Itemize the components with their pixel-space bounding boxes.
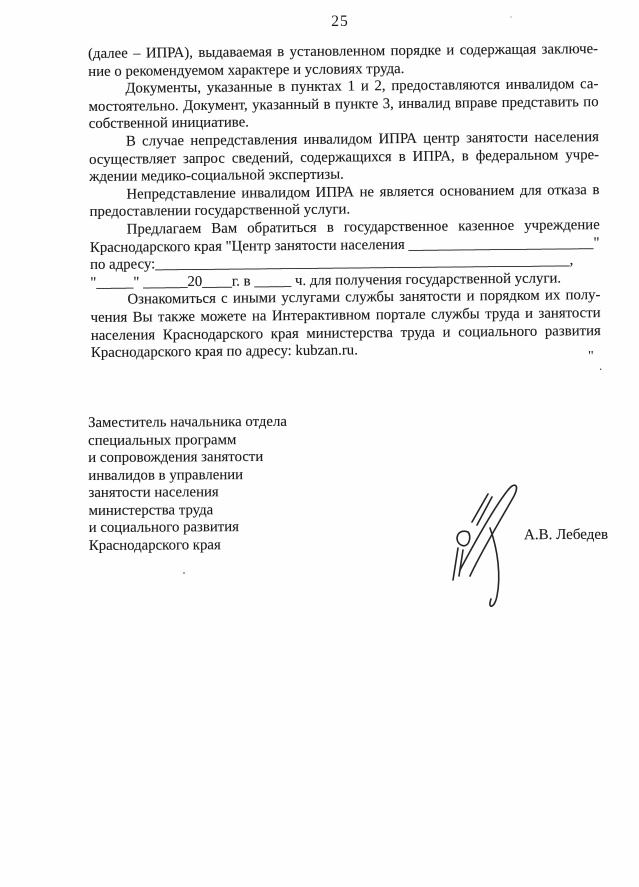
handwritten-signature-icon <box>446 470 531 615</box>
signatory-title-line: Заместитель начальника отдела <box>88 413 348 432</box>
signatory-title-block: Заместитель начальника отдела специальны… <box>88 413 349 555</box>
document-body: (далее – ИПРА), выдаваемая в установленн… <box>88 41 601 363</box>
scan-artifact-dot <box>183 572 185 574</box>
body-line: Краснодарского края по адресу: kubzan.ru… <box>91 340 601 362</box>
scan-artifact-dot <box>510 16 512 18</box>
signatory-name: А.В. Лебедев <box>524 527 608 544</box>
signatory-title-line: и сопровождения занятости <box>88 448 348 467</box>
signatory-title-line: министерства труда <box>89 501 349 520</box>
signatory-title-line: занятости населения <box>88 483 348 502</box>
stray-dot-mark: . <box>599 358 602 374</box>
signatory-title-line: специальных программ <box>88 431 348 450</box>
signatory-title-line: и социального развития <box>89 518 349 537</box>
signatory-title-line: инвалидов в управлении <box>88 466 348 485</box>
signatory-title-line: Краснодарского края <box>89 536 349 555</box>
stray-quote-mark: " <box>588 349 594 365</box>
page-number: 25 <box>300 13 380 31</box>
scanned-document-page: 25 (далее – ИПРА), выдаваемая в установл… <box>0 0 639 887</box>
